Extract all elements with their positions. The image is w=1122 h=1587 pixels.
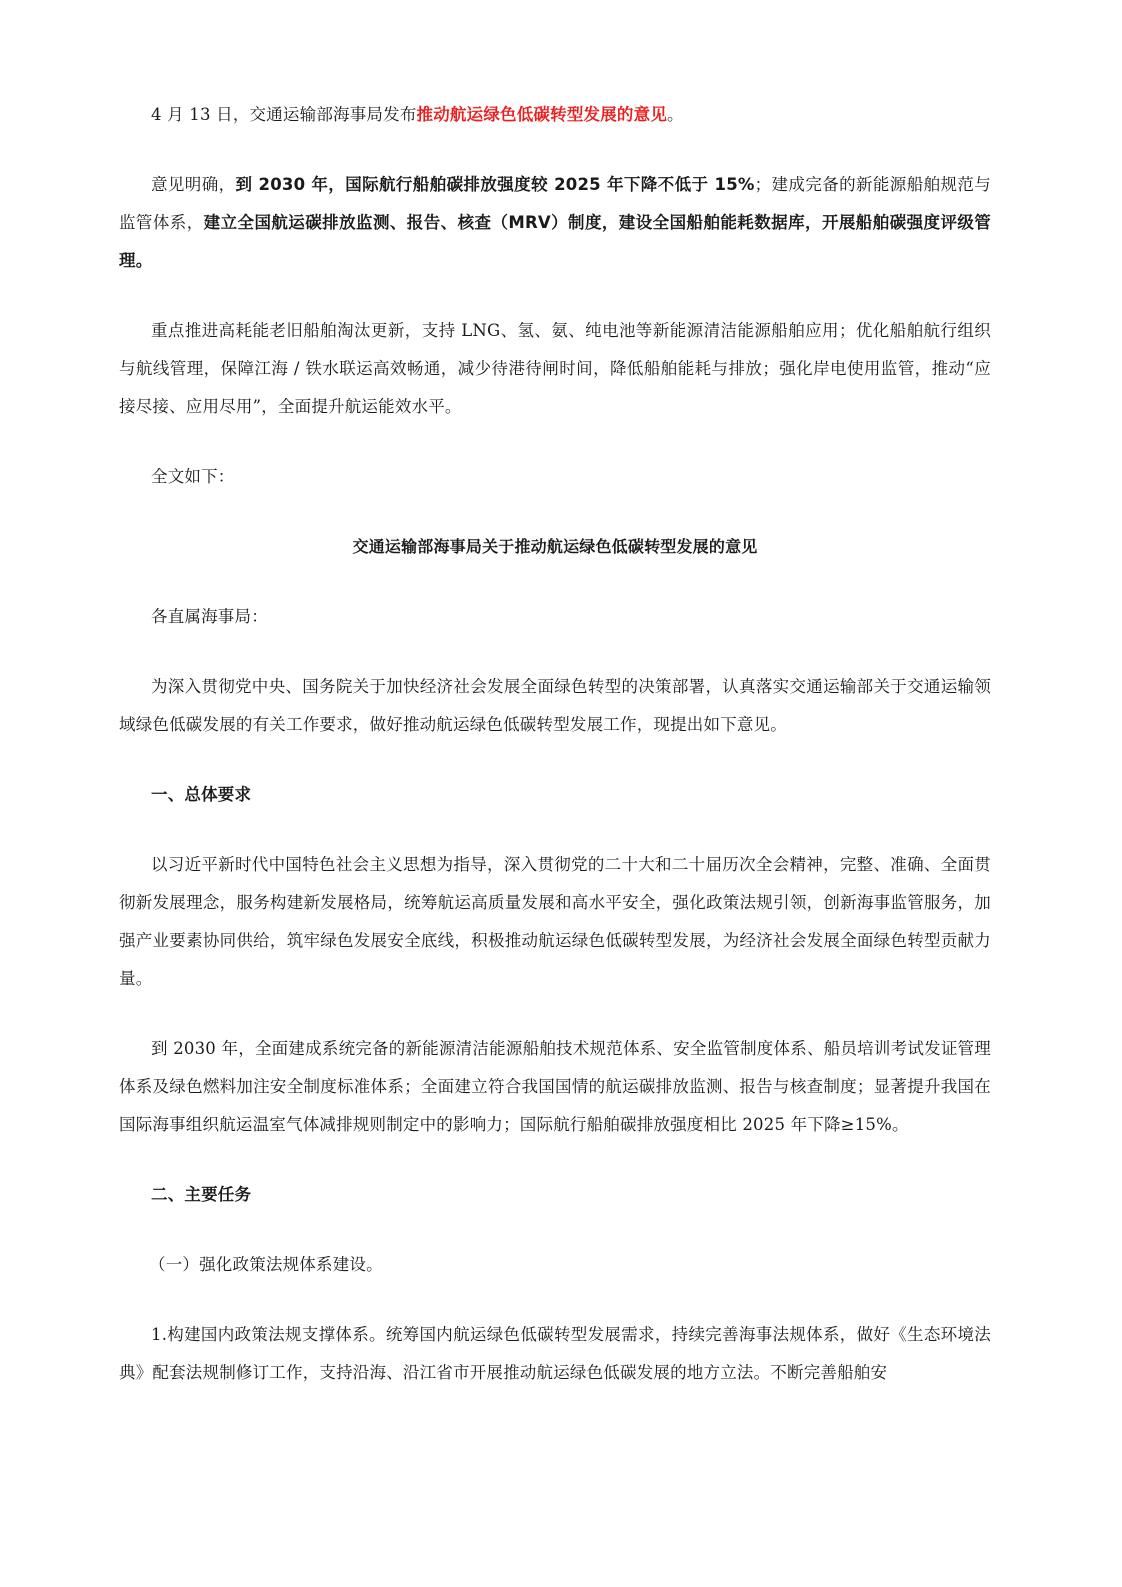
- highlighted-title-link: 推动航运绿色低碳转型发展的意见: [417, 105, 668, 124]
- fulltext-label: 全文如下：: [119, 458, 991, 496]
- summary-bold-mrv: 建立全国航运碳排放监测、报告、核查（MRV）制度，建设全国船舶能耗数据库，开展船…: [119, 213, 991, 270]
- summary-lead: 意见明确，: [151, 175, 236, 194]
- intro-text: 4 月 13 日，交通运输部海事局发布: [151, 105, 417, 124]
- summary-paragraph-2: 重点推进高耗能老旧船舶淘汰更新，支持 LNG、氢、氨、纯电池等新能源清洁能源船舶…: [119, 312, 991, 426]
- preamble-paragraph: 为深入贯彻党中央、国务院关于加快经济社会发展全面绿色转型的决策部署，认真落实交通…: [119, 668, 991, 744]
- subsection-heading-policy: （一）强化政策法规体系建设。: [119, 1246, 991, 1284]
- summary-bold-target: 到 2030 年，国际航行船舶碳排放强度较 2025 年下降不低于 15%: [236, 175, 755, 194]
- document-title: 交通运输部海事局关于推动航运绿色低碳转型发展的意见: [119, 528, 991, 566]
- task-item-1-paragraph: 1.构建国内政策法规支撑体系。统筹国内航运绿色低碳转型发展需求，持续完善海事法规…: [119, 1316, 991, 1392]
- salutation: 各直属海事局：: [119, 598, 991, 636]
- general-requirements-paragraph-2: 到 2030 年，全面建成系统完备的新能源清洁能源船舶技术规范体系、安全监管制度…: [119, 1030, 991, 1144]
- intro-paragraph: 4 月 13 日，交通运输部海事局发布推动航运绿色低碳转型发展的意见。: [119, 96, 991, 134]
- document-body: 4 月 13 日，交通运输部海事局发布推动航运绿色低碳转型发展的意见。 意见明确…: [119, 96, 991, 1392]
- summary-paragraph-1: 意见明确，到 2030 年，国际航行船舶碳排放强度较 2025 年下降不低于 1…: [119, 166, 991, 280]
- general-requirements-paragraph-1: 以习近平新时代中国特色社会主义思想为指导，深入贯彻党的二十大和二十届历次全会精神…: [119, 846, 991, 998]
- section-heading-general-requirements: 一、总体要求: [119, 776, 991, 814]
- document-page: 4 月 13 日，交通运输部海事局发布推动航运绿色低碳转型发展的意见。 意见明确…: [0, 0, 1122, 1587]
- section-heading-main-tasks: 二、主要任务: [119, 1176, 991, 1214]
- intro-suffix: 。: [667, 105, 684, 124]
